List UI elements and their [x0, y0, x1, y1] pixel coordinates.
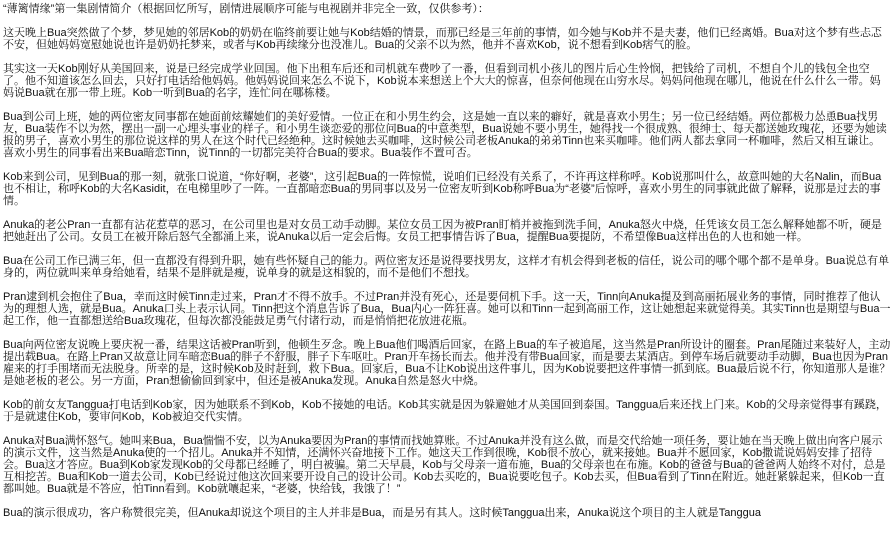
paragraph-2: 其实这一天Kob刚好从美国回来，说是已经完成学业回国。他下出租车后还和司机就车费… — [3, 63, 891, 99]
page-title: “薄篱情缘”第一集剧情简介（根据回忆所写，剧情进展顺序可能与电视剧并非完全一致，… — [3, 3, 891, 15]
document-page: “薄篱情缘”第一集剧情简介（根据回忆所写，剧情进展顺序可能与电视剧并非完全一致，… — [0, 0, 895, 547]
paragraph-3: Bua到公司上班，她的两位密友同事都在她面前炫耀她们的美好爱情。一位正在和小男生… — [3, 111, 891, 159]
paragraph-6: Bua在公司工作已满三年，但一直都没有得到升职，她有些怀疑自己的能力。两位密友还… — [3, 255, 891, 279]
paragraph-5: Anuka的老公Pran一直都有沾花惹草的恶习，在公司里也是对女员工动手动脚。某… — [3, 219, 891, 243]
paragraph-7: Pran逮到机会抱住了Bua，幸而这时候Tinn走过来，Pran才不得不放手。不… — [3, 291, 891, 327]
paragraph-11: Bua的演示很成功，客户称赞很完美，但Anuka却说这个项目的主人并非是Bua，… — [3, 507, 891, 519]
paragraph-9: Kob的前女友Tanggua打电话到Kob家，因为她联系不到Kob，Kob不接她… — [3, 399, 891, 423]
paragraph-8: Bua向两位密友说晚上要庆祝一番，结果这话被Pran听到，他顿生歹念。晚上Bua… — [3, 339, 891, 387]
paragraph-10: Anuka对Bua满怀怒气。她叫来Bua，Bua惴惴不安，以为Anuka要因为P… — [3, 435, 891, 495]
paragraph-1: 这天晚上Bua突然做了个梦，梦见她的邻居Kob的奶奶在临终前要让她与Kob结婚的… — [3, 27, 891, 51]
paragraph-4: Kob来到公司，见到Bua的那一刻，就张口说道，“你好啊，老婆”，这引起Bua的… — [3, 171, 891, 207]
